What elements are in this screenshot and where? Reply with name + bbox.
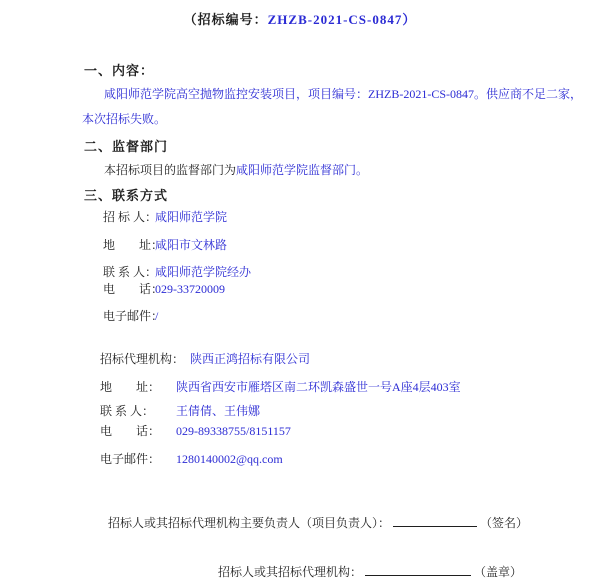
- section-contact-title: 三、联系方式: [84, 185, 168, 204]
- tender-number-value: ZHZB-2021-CS-0847）: [268, 12, 417, 27]
- agency-phone-label: 电 话：: [100, 422, 176, 439]
- section-content-line2: 本次招标失败。: [82, 110, 166, 127]
- agency-address-row: 地 址：陕西省西安市雁塔区南二环凯森盛世一号A座4层403室: [100, 378, 461, 395]
- seal-line: 招标人或其招标代理机构：（盖章）: [218, 563, 522, 580]
- agency-email-row: 电子邮件：1280140002@qq.com: [100, 450, 283, 467]
- agency-name-value: 陕西正鸿招标有限公司: [190, 352, 310, 366]
- signature-blank: [393, 514, 477, 527]
- tenderer-contact-label: 联 系 人：: [103, 263, 155, 280]
- seal-suffix: （盖章）: [474, 565, 522, 579]
- section-content-line1: 咸阳师范学院高空抛物监控安装项目，项目编号：ZHZB-2021-CS-0847。…: [104, 85, 582, 102]
- tenderer-name-value: 咸阳师范学院: [155, 210, 227, 224]
- agency-contact-label: 联 系 人：: [100, 402, 176, 419]
- agency-email-label: 电子邮件：: [100, 450, 176, 467]
- tenderer-phone-row: 电 话：029-33720009: [103, 280, 225, 297]
- section-content-title: 一、内容：: [84, 60, 154, 79]
- tenderer-address-row: 地 址：咸阳市文林路: [103, 236, 227, 253]
- agency-address-label: 地 址：: [100, 378, 176, 395]
- section-supervision-body: 本招标项目的监督部门为咸阳师范学院监督部门。: [104, 161, 368, 178]
- tenderer-email-value: /: [155, 309, 158, 323]
- agency-address-value: 陕西省西安市雁塔区南二环凯森盛世一号A座4层403室: [176, 380, 461, 394]
- agency-name-label: 招标代理机构：: [100, 350, 184, 367]
- section-supervision-title: 二、监督部门: [84, 136, 168, 155]
- seal-label: 招标人或其招标代理机构：: [218, 565, 362, 579]
- tenderer-name-label: 招 标 人：: [103, 208, 155, 225]
- agency-phone-value: 029-89338755/8151157: [176, 424, 291, 438]
- document-page: （招标编号：ZHZB-2021-CS-0847） 一、内容： 咸阳师范学院高空抛…: [0, 0, 600, 585]
- tenderer-email-label: 电子邮件：: [103, 307, 155, 324]
- tenderer-phone-value: 029-33720009: [155, 282, 225, 296]
- agency-phone-row: 电 话：029-89338755/8151157: [100, 422, 291, 439]
- signature-label: 招标人或其招标代理机构主要负责人（项目负责人）：: [108, 516, 390, 530]
- tenderer-contact-value: 咸阳师范学院经办: [155, 265, 251, 279]
- agency-contact-value: 王倩倩、王伟娜: [176, 404, 260, 418]
- signature-suffix: （签名）: [480, 516, 528, 530]
- agency-contact-row: 联 系 人：王倩倩、王伟娜: [100, 402, 260, 419]
- agency-name-row: 招标代理机构：陕西正鸿招标有限公司: [100, 350, 310, 367]
- tenderer-phone-label: 电 话：: [103, 280, 155, 297]
- tenderer-address-value: 咸阳市文林路: [155, 238, 227, 252]
- agency-email-value: 1280140002@qq.com: [176, 452, 283, 466]
- seal-blank: [365, 563, 471, 576]
- signature-line: 招标人或其招标代理机构主要负责人（项目负责人）：（签名）: [108, 514, 528, 531]
- tenderer-name-row: 招 标 人：咸阳师范学院: [103, 208, 227, 225]
- tender-number-prefix: （招标编号：: [184, 12, 268, 27]
- tender-number-line: （招标编号：ZHZB-2021-CS-0847）: [0, 9, 600, 28]
- tenderer-address-label: 地 址：: [103, 236, 155, 253]
- supervision-lead: 本招标项目的监督部门为: [104, 163, 236, 177]
- tenderer-contact-row: 联 系 人：咸阳师范学院经办: [103, 263, 251, 280]
- supervision-value: 咸阳师范学院监督部门。: [236, 163, 368, 177]
- tenderer-email-row: 电子邮件：/: [103, 307, 158, 324]
